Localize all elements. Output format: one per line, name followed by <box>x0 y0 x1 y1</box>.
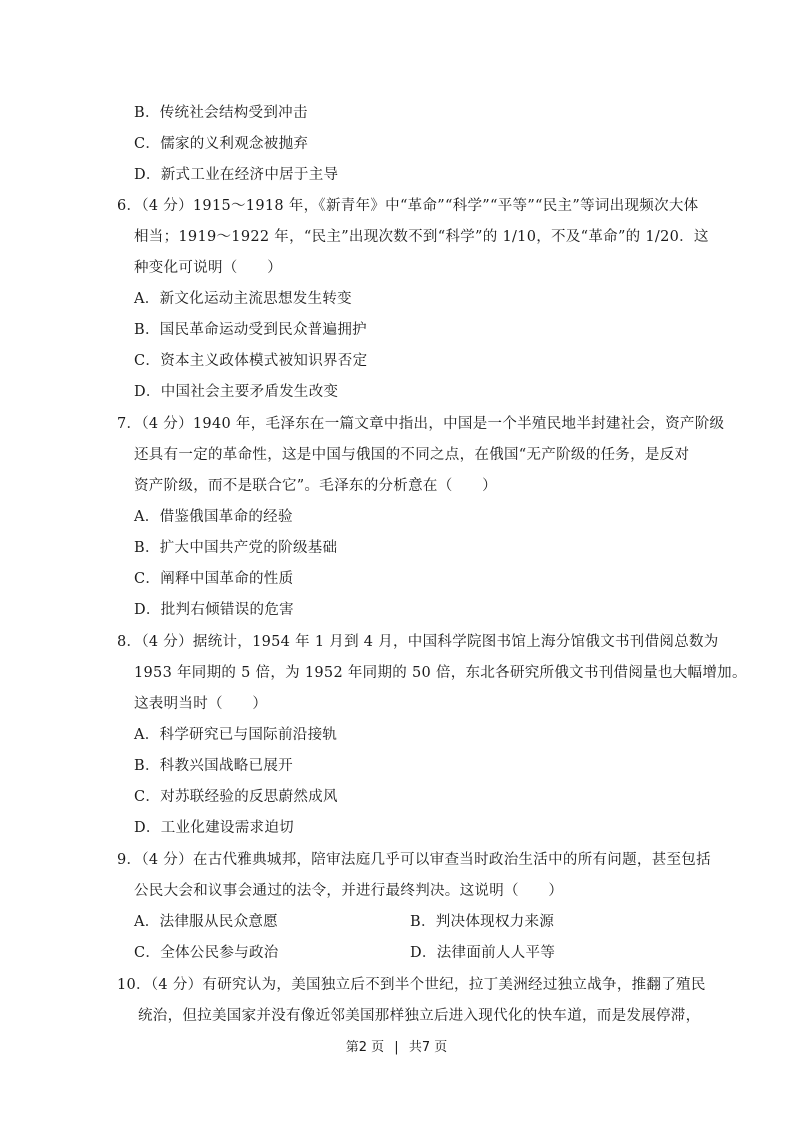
q9-option-c: C．全体公民参与政治 <box>134 943 279 963</box>
q8-stem-line2: 1953 年同期的 5 倍，为 1952 年同期的 50 倍，东北各研究所俄文书… <box>134 663 747 683</box>
q9-option-a: A．法律服从民众意愿 <box>134 912 278 932</box>
q8-option-b: B．科教兴国战略已展开 <box>134 756 293 776</box>
q7-option-c: C．阐释中国革命的性质 <box>134 569 293 589</box>
q8-option-d: D．工业化建设需求迫切 <box>134 818 294 838</box>
q5-option-c: C．儒家的义利观念被抛弃 <box>134 134 308 154</box>
q6-option-d: D．中国社会主要矛盾发生改变 <box>134 382 338 402</box>
q9-option-b: B．判决体现权力来源 <box>410 912 554 932</box>
q6-stem-line2: 相当；1919～1922 年，“民主”出现次数不到“科学”的 1/10，不及“革… <box>134 227 709 247</box>
q8-option-c: C．对苏联经验的反思蔚然成风 <box>134 787 338 807</box>
exam-page: B．传统社会结构受到冲击 C．儒家的义利观念被抛弃 D．新式工业在经济中居于主导… <box>0 0 793 1122</box>
page-total: 共7 页 <box>409 1040 447 1055</box>
q7-option-d: D．批判右倾错误的危害 <box>134 600 294 620</box>
q6-option-a: A．新文化运动主流思想发生转变 <box>134 289 352 309</box>
q6-option-b: B．国民革命运动受到民众普遍拥护 <box>134 320 367 340</box>
q7-stem-line1: 7．（4 分）1940 年，毛泽东在一篇文章中指出，中国是一个半殖民地半封建社会… <box>117 414 724 434</box>
q8-option-a: A．科学研究已与国际前沿接轨 <box>134 725 337 745</box>
q5-option-d: D．新式工业在经济中居于主导 <box>134 165 338 185</box>
page-separator: | <box>394 1040 398 1055</box>
q6-stem-line3: 种变化可说明（ ） <box>134 258 282 278</box>
q7-option-a: A．借鉴俄国革命的经验 <box>134 507 293 527</box>
q10-stem-line1: 10．（4 分）有研究认为，美国独立后不到半个世纪，拉丁美洲经过独立战争，推翻了… <box>117 975 706 995</box>
q5-option-b: B．传统社会结构受到冲击 <box>134 103 308 123</box>
page-footer: 第2 页 | 共7 页 <box>0 1039 793 1057</box>
q6-stem-line1: 6．（4 分）1915～1918 年，《新青年》中“革命”“科学”“平等”“民主… <box>117 196 698 216</box>
q8-stem-line1: 8．（4 分）据统计，1954 年 1 月到 4 月，中国科学院图书馆上海分馆俄… <box>117 632 719 652</box>
page-current: 第2 页 <box>346 1040 384 1055</box>
q7-stem-line3: 资产阶级，而不是联合它”。毛泽东的分析意在（ ） <box>134 476 497 496</box>
q8-stem-line3: 这表明当时（ ） <box>134 694 267 714</box>
q6-option-c: C．资本主义政体模式被知识界否定 <box>134 351 367 371</box>
q9-stem-line1: 9．（4 分）在古代雅典城邦，陪审法庭几乎可以审查当时政治生活中的所有问题，甚至… <box>117 850 711 870</box>
q9-option-d: D．法律面前人人平等 <box>410 943 555 963</box>
q7-stem-line2: 还具有一定的革命性，这是中国与俄国的不同之点，在俄国“无产阶级的任务，是反对 <box>134 445 689 465</box>
q10-stem-line2: 统治，但拉美国家并没有像近邻美国那样独立后进入现代化的快车道，而是发展停滞， <box>138 1006 700 1026</box>
q9-stem-line2: 公民大会和议事会通过的法令，并进行最终判决。这说明（ ） <box>134 881 563 901</box>
q7-option-b: B．扩大中国共产党的阶级基础 <box>134 538 337 558</box>
